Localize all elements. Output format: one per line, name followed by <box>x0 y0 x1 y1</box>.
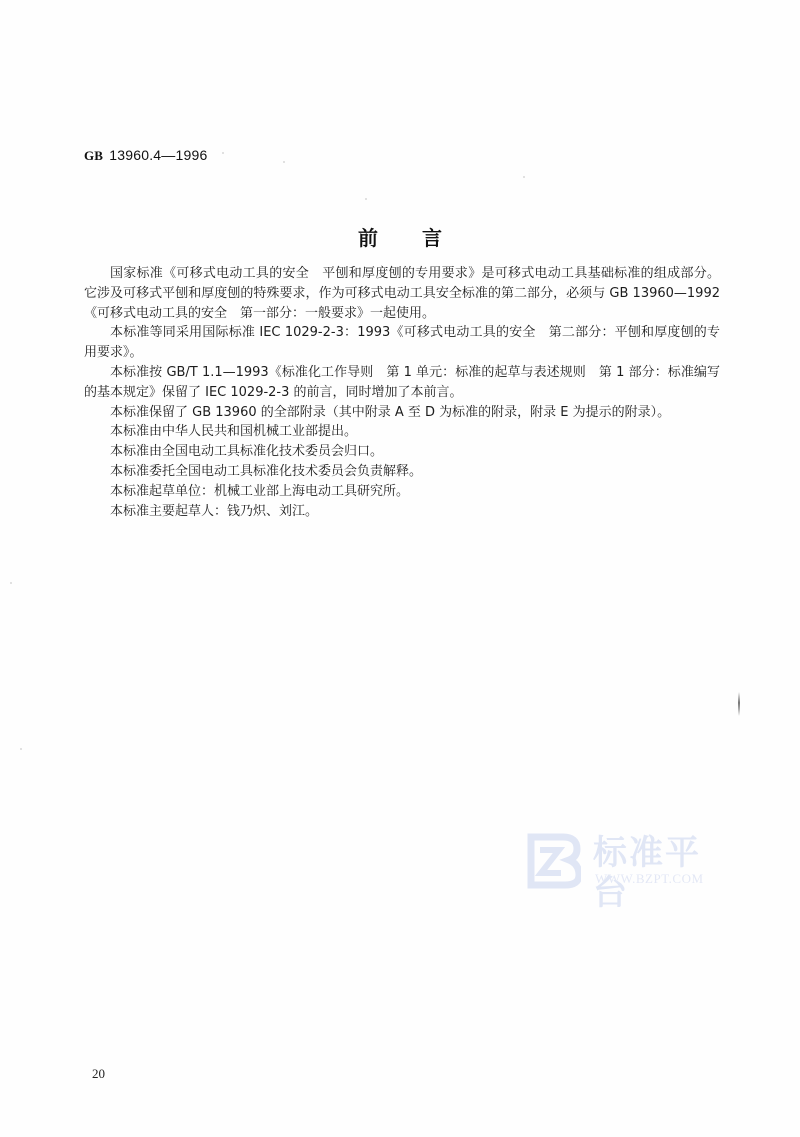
watermark: 标准平台 WWW.BZPT.COM <box>527 833 727 893</box>
scan-artifact <box>738 692 740 716</box>
paragraph: 本标准由中华人民共和国机械工业部提出。 <box>84 422 720 442</box>
bzpt-logo-icon <box>527 833 581 889</box>
scan-speck <box>365 198 367 200</box>
scan-speck <box>20 748 22 750</box>
scan-speck <box>222 152 224 154</box>
watermark-url: WWW.BZPT.COM <box>595 871 704 887</box>
paragraph: 本标准委托全国电动工具标准化技术委员会负责解释。 <box>84 462 720 482</box>
paragraph: 国家标准《可移式电动工具的安全 平刨和厚度刨的专用要求》是可移式电动工具基础标准… <box>84 264 720 323</box>
document-code: GB 13960.4—1996 <box>84 147 207 164</box>
paragraph: 本标准由全国电动工具标准化技术委员会归口。 <box>84 442 720 462</box>
scan-speck <box>523 176 525 178</box>
paragraph: 本标准保留了 GB 13960 的全部附录（其中附录 A 至 D 为标准的附录，… <box>84 403 720 423</box>
paragraph: 本标准按 GB/T 1.1—1993《标准化工作导则 第 1 单元：标准的起草与… <box>84 363 720 403</box>
page-number: 20 <box>92 1066 105 1082</box>
page-title: 前言 <box>0 222 800 251</box>
scan-speck <box>283 161 285 163</box>
paragraph: 本标准起草单位：机械工业部上海电动工具研究所。 <box>84 482 720 502</box>
doc-number: 13960.4—1996 <box>109 147 207 163</box>
paragraph: 本标准等同采用国际标准 IEC 1029-2-3：1993《可移式电动工具的安全… <box>84 323 720 363</box>
foreword-body: 国家标准《可移式电动工具的安全 平刨和厚度刨的专用要求》是可移式电动工具基础标准… <box>84 264 720 521</box>
document-page: GB 13960.4—1996 前言 国家标准《可移式电动工具的安全 平刨和厚度… <box>0 0 800 1137</box>
doc-prefix: GB <box>84 148 103 163</box>
paragraph: 本标准主要起草人：钱乃炽、刘江。 <box>84 502 720 522</box>
scan-speck <box>10 582 12 584</box>
title-char-2: 言 <box>422 226 442 250</box>
title-char-1: 前 <box>358 226 378 250</box>
